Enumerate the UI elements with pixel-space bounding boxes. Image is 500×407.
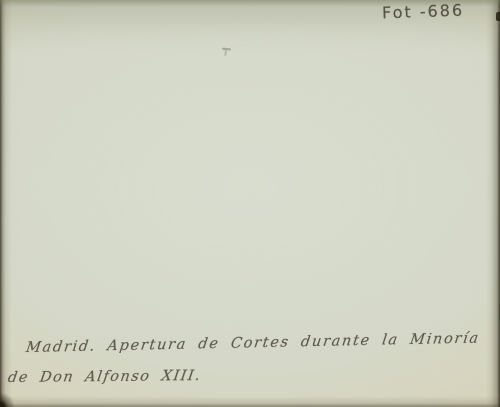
catalog-number: Fot -686: [382, 1, 465, 23]
caption-line-2: de Don Alfonso XIII.: [7, 368, 203, 386]
scanned-card: Fot -686 Madrid. Apertura de Cortes dura…: [0, 0, 500, 407]
photo-area: [14, 32, 486, 341]
scratch-mark: [222, 48, 231, 51]
caption-line-1: Madrid. Apertura de Cortes durante la Mi…: [25, 330, 481, 356]
edge-nick-mark: [496, 12, 500, 21]
